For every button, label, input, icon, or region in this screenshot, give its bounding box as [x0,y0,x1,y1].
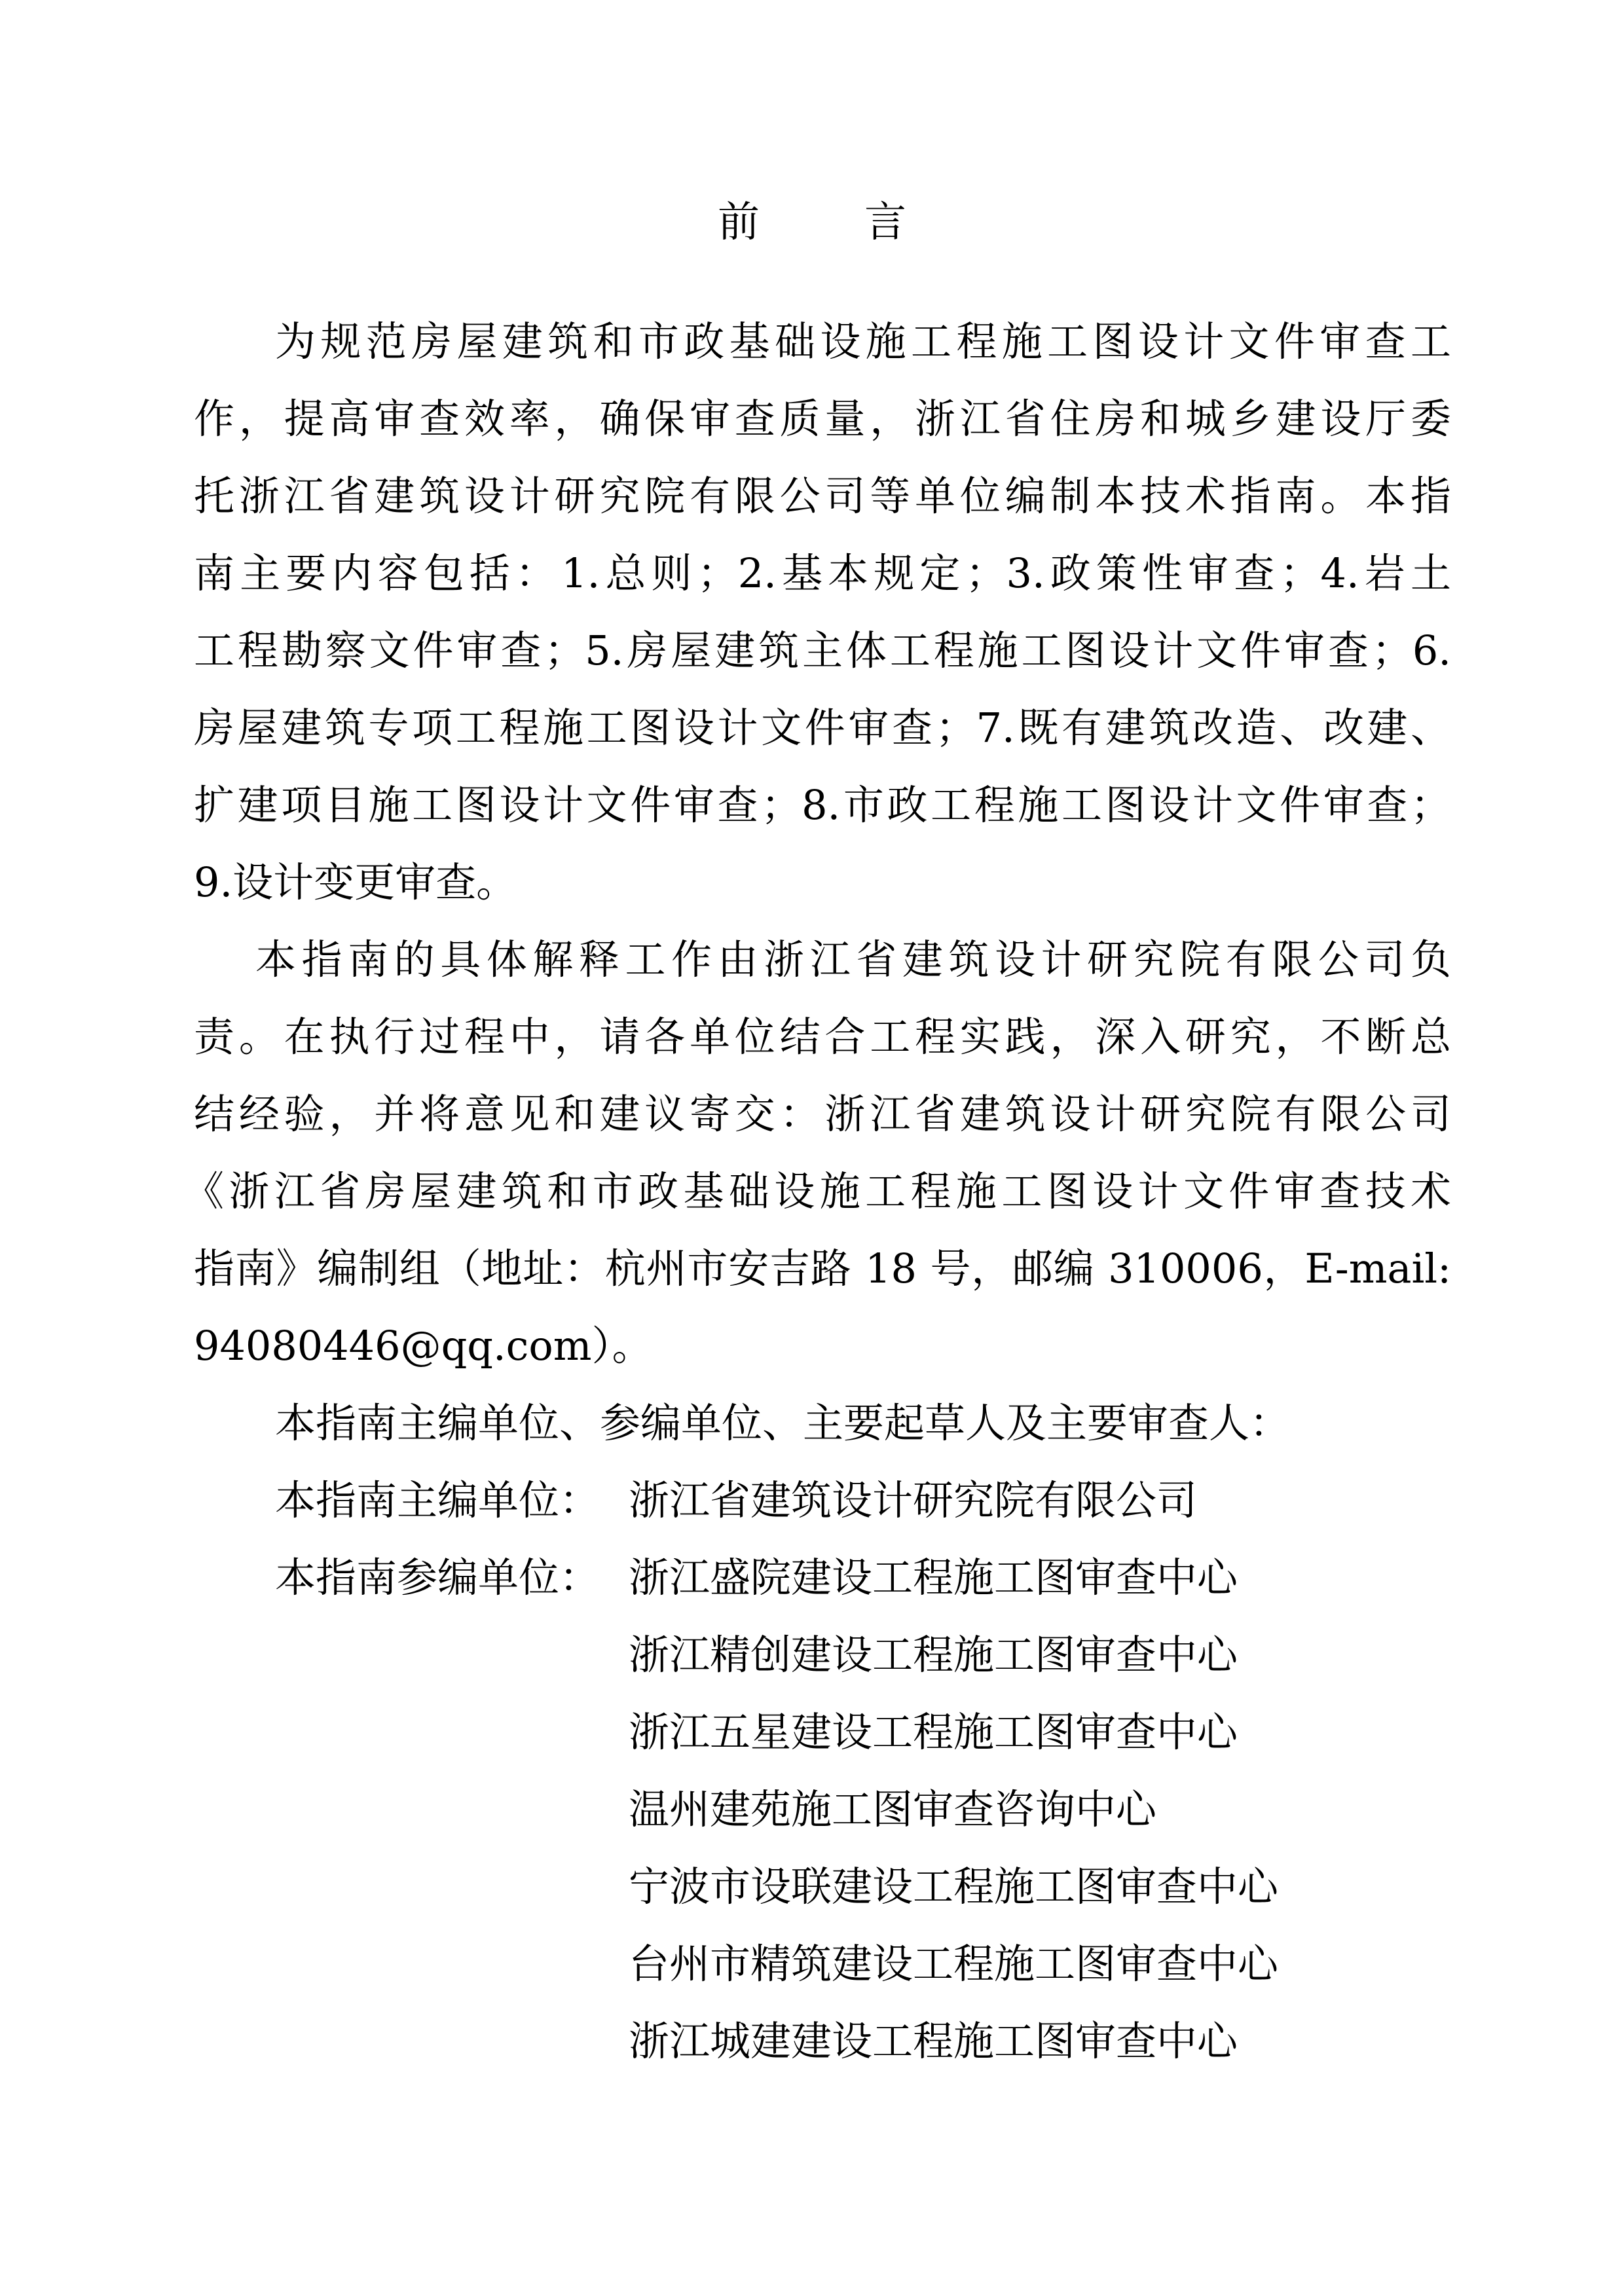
participating-unit: 浙江精创建设工程施工图审查中心 [629,1629,1238,1681]
participating-unit: 浙江城建建设工程施工图审查中心 [629,2015,1238,2068]
paragraph2-line: 指南》编制组（地址：杭州市安吉路 18 号，邮编 310006，E-mail: [194,1243,1451,1295]
paragraph1-line: 托浙江省建筑设计研究院有限公司等单位编制本技术指南。本指 [194,470,1451,522]
paragraph1-line: 房屋建筑专项工程施工图设计文件审查；7.既有建筑改造、改建、 [194,702,1451,754]
paragraph2-line: 结经验，并将意见和建议寄交：浙江省建筑设计研究院有限公司 [194,1088,1451,1140]
paragraph1-line: 南主要内容包括：1.总则；2.基本规定；3.政策性审查；4.岩土 [194,547,1451,600]
paragraph1-line: 9.设计变更审查。 [194,856,517,909]
paragraph2-line: 责。在执行过程中，请各单位结合工程实践，深入研究，不断总 [194,1011,1451,1063]
document-page: 前言 为规范房屋建筑和市政基础设施工程施工图设计文件审查工 作，提高审查效率，确… [0,0,1624,2296]
paragraph1-line: 作，提高审查效率，确保审查质量，浙江省住房和城乡建设厅委 [194,393,1451,445]
participating-unit: 浙江盛院建设工程施工图审查中心 [629,1552,1238,1604]
participating-unit: 浙江五星建设工程施工图审查中心 [629,1706,1238,1758]
participating-unit: 温州建苑施工图审查咨询中心 [629,1783,1156,1836]
paragraph1-line: 扩建项目施工图设计文件审查；8.市政工程施工图设计文件审查； [194,779,1451,831]
page-title: 前言 [0,196,1624,249]
paragraph2-line: 《浙江省房屋建筑和市政基础设施工程施工图设计文件审查技术 [183,1165,1451,1218]
participating-unit: 宁波市设联建设工程施工图审查中心 [629,1861,1278,1913]
chief-editor-label: 本指南主编单位： [275,1474,600,1527]
paragraph1-line: 为规范房屋建筑和市政基础设施工程施工图设计文件审查工 [275,316,1451,368]
paragraph2-line: 本指南的具体解释工作由浙江省建筑设计研究院有限公司负 [255,934,1451,986]
paragraph2-line: 94080446@qq.com）。 [194,1320,653,1372]
editors-intro: 本指南主编单位、参编单位、主要起草人及主要审查人： [275,1397,1290,1449]
title-char-2: 言 [864,198,906,247]
title-char-1: 前 [718,198,760,247]
participating-unit: 台州市精筑建设工程施工图审查中心 [629,1938,1278,1990]
participating-units-label: 本指南参编单位： [275,1552,600,1604]
chief-editor-unit: 浙江省建筑设计研究院有限公司 [629,1474,1197,1527]
paragraph1-line: 工程勘察文件审查；5.房屋建筑主体工程施工图设计文件审查；6. [194,625,1451,677]
